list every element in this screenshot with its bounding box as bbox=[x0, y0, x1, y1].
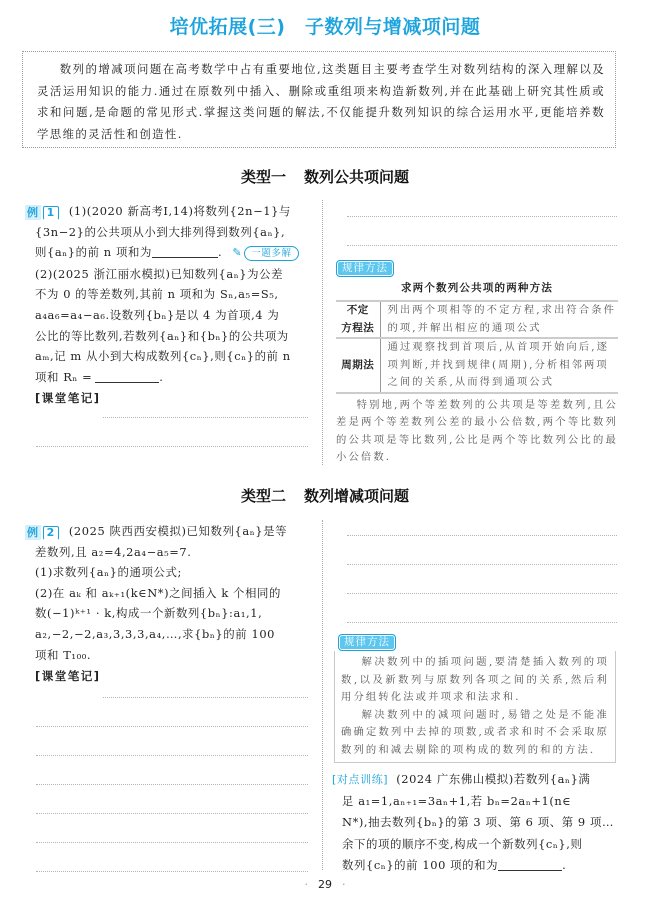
answer-blank[interactable] bbox=[95, 371, 159, 383]
column-divider bbox=[322, 520, 323, 870]
intro-text: 数列的增减项问题在高考数学中占有重要地位,这类题目主要考查学生对数列结构的深入理… bbox=[37, 59, 605, 145]
column-divider bbox=[322, 200, 323, 465]
answer-blank[interactable] bbox=[152, 246, 218, 258]
intro-box: 数列的增减项问题在高考数学中占有重要地位,这类题目主要考查学生对数列结构的深入理… bbox=[22, 51, 616, 148]
table-row: 周期法 通过观察找到首项后,从首项开始向后,逐项判断,并找到规律(周期),分析相… bbox=[336, 338, 618, 393]
practice-problem: [对点训练](2024 广东佛山模拟)若数列{aₙ}满 足 a₁=1,aₙ₊₁=… bbox=[332, 769, 622, 877]
pencil-icon: ✎ bbox=[232, 243, 242, 264]
section-heading-2: 类型二数列增减项问题 bbox=[0, 485, 650, 506]
example-1-line: 例1(1)(2020 新高考Ⅰ,14)将数列{2n−1}与 bbox=[25, 201, 308, 222]
rule-para-insert: 解决数列中的插项问题,要清楚插入数列的项数,以及新数列与原数列各项之间的关系,然… bbox=[341, 654, 609, 707]
methods-table: 不定方程法 列出两个项相等的不定方程,求出符合条件的项,并解出相应的通项公式 周… bbox=[336, 300, 618, 394]
rule-title: 求两个数列公共项的两种方法 bbox=[336, 280, 618, 295]
rule-tag: 规律方法 bbox=[338, 634, 396, 651]
notes-line[interactable] bbox=[103, 697, 308, 698]
example-1: 例1(1)(2020 新高考Ⅰ,14)将数列{2n−1}与 {3n−2}的公共项… bbox=[25, 201, 308, 409]
notes-line[interactable] bbox=[36, 813, 308, 814]
rule-tag: 规律方法 bbox=[336, 260, 394, 277]
rule-note: 特别地,两个等差数列的公共项是等差数列,且公差是两个等差数列公差的最小公倍数,两… bbox=[336, 397, 618, 467]
notes-line[interactable] bbox=[347, 216, 617, 217]
notes-line[interactable] bbox=[36, 871, 308, 872]
practice-label: [对点训练] bbox=[332, 773, 388, 786]
example-label: 例1 bbox=[25, 205, 59, 220]
page-number: ·29· bbox=[0, 878, 650, 891]
notes-line[interactable] bbox=[347, 245, 617, 246]
section-type-label: 类型二 bbox=[241, 487, 286, 505]
notes-line[interactable] bbox=[36, 784, 308, 785]
notes-line[interactable] bbox=[347, 622, 617, 623]
example-number: 2 bbox=[43, 526, 59, 540]
notes-line[interactable] bbox=[36, 842, 308, 843]
rule-box-1: 规律方法 求两个数列公共项的两种方法 不定方程法 列出两个项相等的不定方程,求出… bbox=[336, 256, 618, 467]
answer-blank[interactable] bbox=[498, 859, 562, 871]
class-notes-label: [课堂笔记] bbox=[35, 391, 101, 405]
rule-box-2: 规律方法 解决数列中的插项问题,要清楚插入数列的项数,以及新数列与原数列各项之间… bbox=[338, 630, 620, 763]
table-row: 不定方程法 列出两个项相等的不定方程,求出符合条件的项,并解出相应的通项公式 bbox=[336, 301, 618, 338]
example-2: 例2(2025 陕西西安模拟)已知数列{aₙ}是等 差数列,且 a₂=4,2a₄… bbox=[25, 521, 308, 687]
multi-solution-badge[interactable]: ✎一题多解 bbox=[232, 243, 298, 264]
example-number: 1 bbox=[43, 206, 59, 220]
rule-para-remove: 解决数列中的减项问题时,易错之处是不能准确确定数列中去掉的项数,或者求和时不会采… bbox=[341, 707, 609, 760]
answer-line-2: 项和 Rₙ =. bbox=[25, 367, 308, 388]
notes-line[interactable] bbox=[103, 417, 308, 418]
section-type-label: 类型一 bbox=[241, 168, 286, 186]
notes-line[interactable] bbox=[347, 564, 617, 565]
notes-line[interactable] bbox=[347, 535, 617, 536]
answer-line-1: 则{aₙ}的前 n 项和为. ✎一题多解 bbox=[25, 242, 308, 264]
notes-line[interactable] bbox=[347, 593, 617, 594]
section-title: 数列增减项问题 bbox=[304, 487, 409, 505]
class-notes-label: [课堂笔记] bbox=[35, 669, 101, 683]
notes-line[interactable] bbox=[36, 446, 308, 447]
notes-line[interactable] bbox=[36, 755, 308, 756]
page-title: 培优拓展(三) 子数列与增减项问题 bbox=[0, 12, 650, 39]
example-label: 例2 bbox=[25, 525, 59, 540]
section-heading-1: 类型一数列公共项问题 bbox=[0, 166, 650, 187]
section-title: 数列公共项问题 bbox=[304, 168, 409, 186]
notes-line[interactable] bbox=[36, 726, 308, 727]
